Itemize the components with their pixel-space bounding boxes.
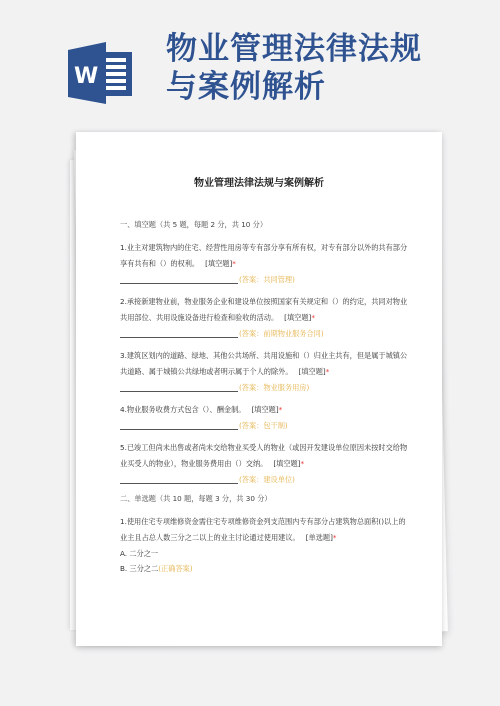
answer-line-5: (答案：建设单位) <box>120 472 410 488</box>
banner-title: 物业管理法律法规 与案例解析 <box>166 30 422 106</box>
question-fill-3: 3.建筑区划内的道路、绿地、其他公共场所、共用设施和（）归业主共有，但是属于城镇… <box>120 348 410 380</box>
option-label: B. 三分之二 <box>120 564 158 573</box>
question-type-tag: [填空题] <box>205 259 232 268</box>
blank-line <box>120 391 238 392</box>
question-text: 1.业主对建筑物内的住宅、经营性用房等专有部分享有所有权，对专有部分以外的共有部… <box>120 243 407 268</box>
document-title: 物业管理法律法规与案例解析 <box>76 174 442 189</box>
answer-text: (答案：包干制) <box>239 421 288 431</box>
required-star: * <box>301 459 305 468</box>
question-text: 3.建筑区划内的道路、绿地、其他公共场所、共用设施和（）归业主共有，但是属于城镇… <box>120 351 407 376</box>
answer-text: (答案：建设单位) <box>239 475 295 485</box>
option-a: A. 二分之一 <box>120 546 410 561</box>
required-star: * <box>333 533 337 542</box>
question-type-tag: [填空题] <box>273 459 300 468</box>
document-content: 一、填空题（共 5 题，每题 2 分，共 10 分） 1.业主对建筑物内的住宅、… <box>120 220 410 576</box>
answer-line-2: (答案：前期物业服务合同) <box>120 326 410 342</box>
option-label: A. 二分之一 <box>120 549 158 558</box>
question-fill-1: 1.业主对建筑物内的住宅、经营性用房等专有部分享有所有权，对专有部分以外的共有部… <box>120 240 410 272</box>
required-star: * <box>326 367 330 376</box>
blank-line <box>120 429 238 430</box>
svg-text:W: W <box>74 64 98 89</box>
word-document-icon: W <box>68 42 134 104</box>
question-single-1: 1.使用住宅专项维修资金需住宅专项维修资金列支范围内专有部分占建筑物总面积()以… <box>120 514 410 546</box>
answer-line-3: (答案：物业服务用房) <box>120 380 410 396</box>
required-star: * <box>279 405 283 414</box>
blank-line <box>120 283 238 284</box>
section-heading-single-choice: 二、单选题（共 10 题，每题 3 分，共 30 分） <box>120 494 410 504</box>
required-star: * <box>232 259 236 268</box>
blank-line <box>120 337 238 338</box>
question-fill-5: 5.已竣工但尚未出售或者尚未交给物业买受人的物业（或因开发建设单位原因未按时交给… <box>120 440 410 472</box>
question-type-tag: [单选题] <box>306 533 333 542</box>
question-fill-2: 2.承接新建物业前，物业服务企业和建设单位按照国家有关规定和（）的约定，共同对物… <box>120 294 410 326</box>
banner-title-line1: 物业管理法律法规 <box>166 30 422 68</box>
option-b: B. 三分之二(正确答案) <box>120 561 410 576</box>
question-type-tag: [填空题] <box>299 367 326 376</box>
answer-text: (答案：前期物业服务合同) <box>239 329 324 339</box>
banner-title-line2: 与案例解析 <box>166 68 422 106</box>
question-text: 5.已竣工但尚未出售或者尚未交给物业买受人的物业（或因开发建设单位原因未按时交给… <box>120 443 407 468</box>
answer-text: (答案：物业服务用房) <box>239 383 309 393</box>
question-type-tag: [填空题] <box>284 313 311 322</box>
answer-text: (答案：共同管理) <box>239 275 295 285</box>
answer-line-4: (答案：包干制) <box>120 418 410 434</box>
question-text: 1.使用住宅专项维修资金需住宅专项维修资金列支范围内专有部分占建筑物总面积()以… <box>120 517 406 542</box>
blank-line <box>120 483 238 484</box>
correct-answer-tag: (正确答案) <box>158 564 192 573</box>
question-text: 4.物业服务收费方式包含（）、酬金制。 <box>120 405 245 414</box>
question-type-tag: [填空题] <box>251 405 278 414</box>
question-fill-4: 4.物业服务收费方式包含（）、酬金制。[填空题]* <box>120 402 410 418</box>
document-page: 物业管理法律法规与案例解析 一、填空题（共 5 题，每题 2 分，共 10 分）… <box>76 132 442 646</box>
required-star: * <box>311 313 315 322</box>
answer-line-1: (答案：共同管理) <box>120 272 410 288</box>
section-heading-fill-blank: 一、填空题（共 5 题，每题 2 分，共 10 分） <box>120 220 410 230</box>
question-text: 2.承接新建物业前，物业服务企业和建设单位按照国家有关规定和（）的约定，共同对物… <box>120 297 407 322</box>
